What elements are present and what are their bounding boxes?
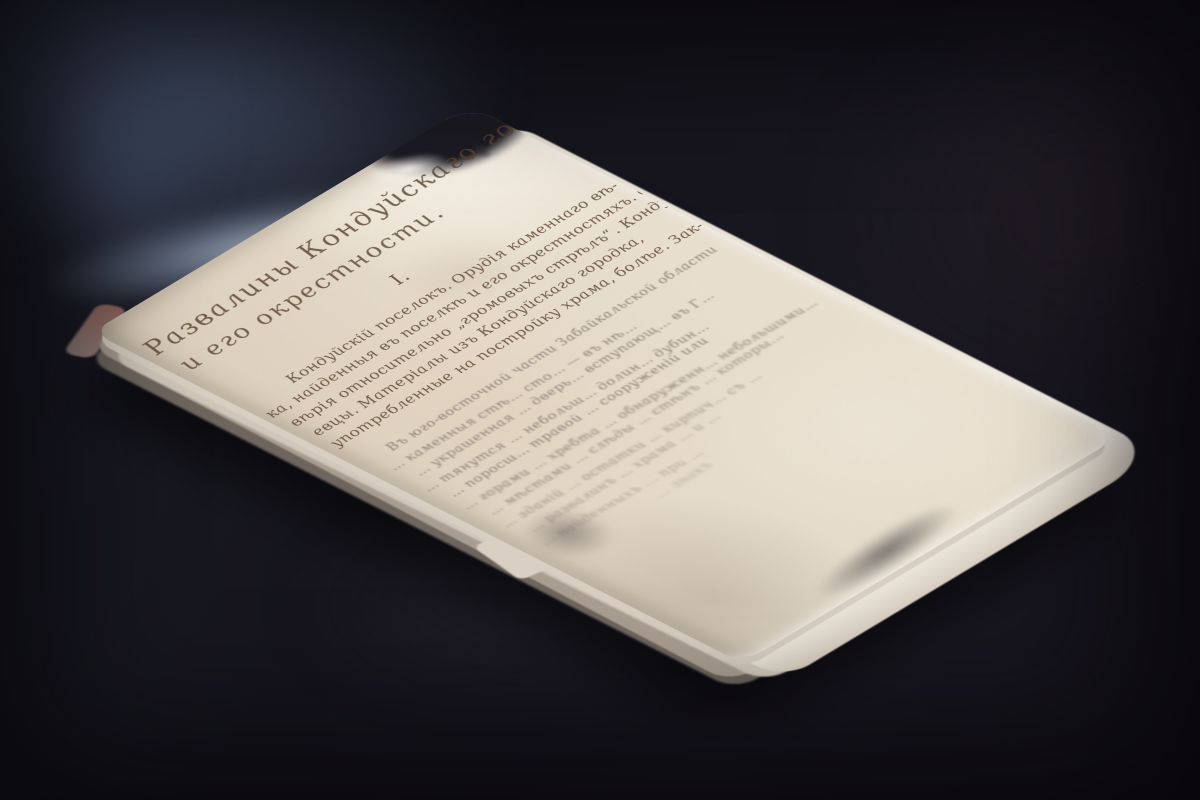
photo-scene: Развалины Кондуйскаго горо- и его окрест… (0, 0, 1200, 800)
photo-vignette (0, 0, 1200, 800)
